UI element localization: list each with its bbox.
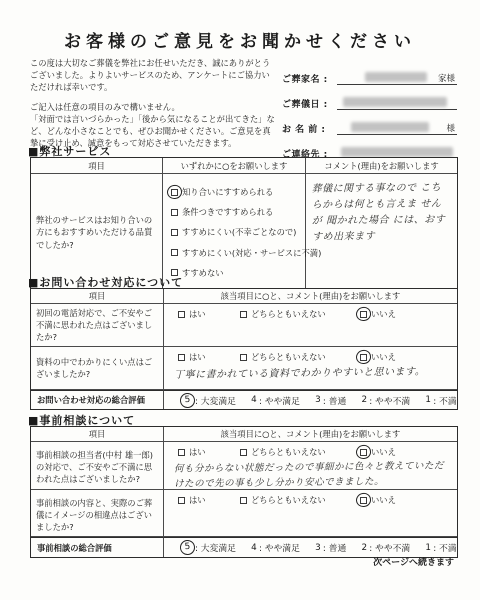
field-value-line: 家様 <box>337 68 457 85</box>
option-label: いいえ <box>371 308 396 320</box>
service-option-2: 条件つきですすめられる <box>171 206 301 218</box>
checkbox-circled-icon <box>178 354 185 361</box>
checkbox-icon <box>171 209 178 216</box>
rating-number: 1 <box>423 395 433 405</box>
redacted-value <box>351 122 429 132</box>
inquiry-q1-options: はい どちらともいえない いいえ <box>164 304 457 320</box>
option-label: 知り合いにすすめられる <box>182 186 273 198</box>
service-col-comment-header: コメント(理由)をお願いします <box>306 158 457 174</box>
checkbox-icon <box>171 189 178 196</box>
checkbox-icon <box>178 311 185 318</box>
rating-2: 2: やや不満 <box>359 541 410 554</box>
checkbox-icon <box>178 449 185 456</box>
rating-number: 2 <box>359 543 369 553</box>
consult-q2-option-yes: はい <box>178 494 240 506</box>
checkbox-icon <box>240 354 247 361</box>
service-option-1: 知り合いにすすめられる <box>171 186 301 198</box>
option-label: どちらともいえない <box>251 351 326 363</box>
rating-label: : 不満 <box>433 394 456 407</box>
checkbox-icon <box>171 229 178 236</box>
consult-q1-option-yes: はい <box>178 446 240 458</box>
field-value-line <box>337 93 457 110</box>
field-label: ご葬儀日 : <box>282 97 337 110</box>
inquiry-q2-option-yes: はい <box>178 351 240 363</box>
inquiry-rating-scale: 5: 大変満足 4: やや満足 3: 普通 2: やや不満 1: 不満 <box>164 390 457 409</box>
consult-q1-handwritten-comment: 何も分からない状態だったので事細かに色々と教えていただけたので先の事も少し分かり… <box>164 456 457 492</box>
service-handwritten-comment: 葬儀に関する事なので こちらからは何とも言えま せんが 聞かれた場合 には、おす… <box>305 173 457 292</box>
inquiry-q1-question: 初回の電話対応で、ご不安やご不満に思われた点はございましたか? <box>31 304 164 347</box>
checkbox-circled-icon <box>171 229 178 236</box>
inquiry-q2-option-neither: どちらともいえない <box>240 351 360 363</box>
inquiry-rating-label: お問い合わせ対応の総合評価 <box>31 390 164 409</box>
consult-table: 項目 該当項目に○と、コメント(理由)をお願いします 事前相談の担当者(中村 雄… <box>30 426 458 558</box>
consult-q2-options: はい どちらともいえない いいえ <box>164 490 457 506</box>
redacted-value <box>341 147 453 157</box>
rating-number: 2 <box>359 395 369 405</box>
option-label: はい <box>189 446 206 458</box>
intro-paragraph-2: ご記入は任意の項目のみで構いません。 <box>30 102 278 114</box>
rating-label: : 普通 <box>323 541 346 554</box>
intro-paragraph-1: この度は大切なご葬儀を弊社にお任せいただき、誠にありがとうございました。よりよい… <box>30 58 278 93</box>
checkbox-circled-icon <box>240 311 247 318</box>
service-table: 項目 いずれかに○をお願いします コメント(理由)をお願いします 弊社のサービス… <box>30 157 458 292</box>
service-options: 知り合いにすすめられる 条件つきですすめられる すすめにくい(不幸ごとなので) … <box>163 174 306 291</box>
footer-note: 次ページへ続きます <box>373 555 454 568</box>
field-label: ご葬家名 : <box>282 72 337 85</box>
rating-1: 1: 不満 <box>423 394 456 407</box>
consult-rating-label: 事前相談の総合評価 <box>31 537 164 557</box>
rating-label: : 大変満足 <box>195 541 236 554</box>
inquiry-q1-option-no: いいえ <box>360 308 396 320</box>
inquiry-col-item-header: 項目 <box>31 289 164 304</box>
checkbox-circled-icon <box>240 497 247 504</box>
rating-number-circled: 5 <box>179 539 195 555</box>
option-label: すすめにくい(不幸ごとなので) <box>182 226 296 238</box>
service-col-item-header: 項目 <box>31 158 163 174</box>
inquiry-q2-question: 資料の中でわかりにくい点はございましたか? <box>31 347 164 390</box>
service-option-4: すすめにくい(対応・サービスに不満) <box>171 247 301 259</box>
field-value-line: 様 <box>337 118 457 135</box>
page-title: お客様のご意見をお聞かせください <box>0 27 480 52</box>
checkbox-icon <box>240 449 247 456</box>
rating-1: 1: 不満 <box>423 541 456 554</box>
consult-q2-response: はい どちらともいえない いいえ <box>164 490 457 537</box>
checkbox-circled-icon <box>360 497 367 504</box>
redacted-value <box>343 97 447 107</box>
rating-label: : 不満 <box>433 541 456 554</box>
field-suffix: 家様 <box>438 72 457 84</box>
field-label: お 名 前 : <box>282 122 337 135</box>
inquiry-q1-option-neither: どちらともいえない <box>240 308 360 320</box>
checkbox-circled-icon <box>171 249 178 256</box>
checkbox-circled-icon <box>178 449 185 456</box>
consult-q1-response: はい どちらともいえない いいえ 何も分からない状態だったので事細かに色々と教え… <box>164 442 457 490</box>
option-label: はい <box>189 351 206 363</box>
scanned-questionnaire-page: お客様のご意見をお聞かせください この度は大切なご葬儀を弊社にお任せいただき、誠… <box>0 0 480 600</box>
consult-q1-option-neither: どちらともいえない <box>240 446 360 458</box>
service-option-5: すすめない <box>171 267 301 279</box>
checkbox-circled-icon <box>360 311 367 318</box>
rating-number: 3 <box>313 543 323 553</box>
option-label: すすめにくい(対応・サービスに不満) <box>182 247 321 259</box>
consult-q2-option-no: いいえ <box>360 494 396 506</box>
rating-3: 3: 普通 <box>313 394 346 407</box>
inquiry-table: 項目 該当項目に○と、コメント(理由)をお願いします 初回の電話対応で、ご不安や… <box>30 288 458 410</box>
inquiry-col-response-header: 該当項目に○と、コメント(理由)をお願いします <box>164 289 457 304</box>
rating-number: 4 <box>249 395 259 405</box>
checkbox-circled-icon <box>240 449 247 456</box>
checkbox-circled-icon <box>360 449 367 456</box>
option-label: どちらともいえない <box>251 308 326 320</box>
rating-label: : やや不満 <box>369 394 410 407</box>
field-name: お 名 前 : 様 <box>282 110 457 135</box>
option-label: どちらともいえない <box>251 446 326 458</box>
rating-number: 1 <box>423 543 433 553</box>
rating-label: : 大変満足 <box>195 394 236 407</box>
checkbox-icon <box>240 311 247 318</box>
option-label: 条件つきですすめられる <box>182 206 273 218</box>
option-label: はい <box>189 308 206 320</box>
checkbox-icon <box>360 311 367 318</box>
checkbox-circled-icon <box>178 497 185 504</box>
consult-q2-question: 事前相談の内容と、実際のご葬儀にイメージの相違点はございましたか? <box>31 490 164 537</box>
option-label: はい <box>189 494 206 506</box>
consult-q1-question: 事前相談の担当者(中村 雄一郎)の対応で、ご不安やご不満に思われた点はございまし… <box>31 442 164 490</box>
checkbox-icon <box>178 354 185 361</box>
rating-4: 4: やや満足 <box>249 541 300 554</box>
rating-4: 4: やや満足 <box>249 394 300 407</box>
inquiry-q1-response: はい どちらともいえない いいえ <box>164 304 457 347</box>
rating-number: 4 <box>249 543 259 553</box>
option-label: どちらともいえない <box>251 494 326 506</box>
checkbox-icon <box>240 497 247 504</box>
checkbox-circled-icon <box>178 311 185 318</box>
rating-5: 5: 大変満足 <box>180 393 236 408</box>
rating-label: : やや不満 <box>369 541 410 554</box>
checkbox-circled-icon <box>240 354 247 361</box>
rating-label: : やや満足 <box>259 394 300 407</box>
rating-label: : やや満足 <box>259 541 300 554</box>
checkbox-icon <box>360 497 367 504</box>
rating-label: : 普通 <box>323 394 346 407</box>
checkbox-circled-icon <box>360 354 367 361</box>
rating-5: 5: 大変満足 <box>180 540 236 555</box>
checkbox-icon <box>178 497 185 504</box>
checkbox-circled-icon <box>171 189 178 196</box>
field-funeral-date: ご葬儀日 : <box>282 85 457 110</box>
service-col-choice-header: いずれかに○をお願いします <box>163 158 306 174</box>
redacted-value <box>365 72 427 82</box>
option-label: すすめない <box>182 267 224 279</box>
checkbox-icon <box>360 449 367 456</box>
inquiry-q1-option-yes: はい <box>178 308 240 320</box>
consult-q2-option-neither: どちらともいえない <box>240 494 360 506</box>
inquiry-q2-response: はい どちらともいえない いいえ 丁寧に書かれている資料でわかりやすいと思います… <box>164 347 457 390</box>
consult-rating-scale: 5: 大変満足 4: やや満足 3: 普通 2: やや不満 1: 不満 <box>164 537 457 557</box>
service-option-3: すすめにくい(不幸ごとなので) <box>171 226 301 238</box>
checkbox-circled-icon <box>171 209 178 216</box>
rating-number: 3 <box>313 395 323 405</box>
checkbox-icon <box>171 249 178 256</box>
field-family-name: ご葬家名 : 家様 <box>282 60 457 85</box>
option-label: いいえ <box>371 494 396 506</box>
rating-2: 2: やや不満 <box>359 394 410 407</box>
checkbox-icon <box>360 354 367 361</box>
consult-q1-options: はい どちらともいえない いいえ <box>164 442 457 458</box>
field-suffix: 様 <box>446 122 457 134</box>
respondent-info-fields: ご葬家名 : 家様 ご葬儀日 : お 名 前 : 様 ご連絡先 : <box>282 60 457 160</box>
consult-col-item-header: 項目 <box>31 427 164 442</box>
inquiry-q2-handwritten-comment: 丁寧に書かれている資料でわかりやすいと思います。 <box>164 361 457 381</box>
rating-3: 3: 普通 <box>313 541 346 554</box>
rating-number-circled: 5 <box>179 392 195 408</box>
consult-col-response-header: 該当項目に○と、コメント(理由)をお願いします <box>164 427 457 442</box>
